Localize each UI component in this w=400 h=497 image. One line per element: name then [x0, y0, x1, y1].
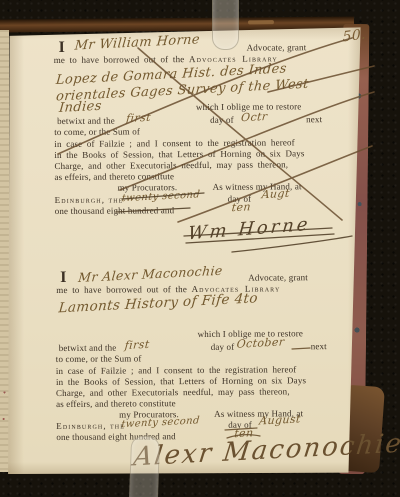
book-title-line: Indies	[58, 100, 102, 115]
book-title-line: Lamonts History of Fife 4to	[58, 292, 259, 316]
return-day: first	[126, 112, 152, 124]
form-effeirs: as effeirs, and thereto constitute	[54, 172, 174, 183]
page-holder-strip-bottom	[129, 436, 160, 497]
signed-year: ten	[231, 201, 251, 213]
return-day: first	[124, 339, 150, 351]
form-to-come: to come, or the Sum of	[56, 354, 142, 364]
form-borrowed-prefix: me to have borrowed out of the	[56, 284, 191, 295]
form-edinburgh: Edinburgh, the	[55, 196, 124, 206]
folio-number: 50.	[342, 27, 366, 44]
form-edinburgh: Edinburgh, the	[56, 422, 125, 432]
form-day-of: day of	[211, 343, 235, 353]
borrower-signature: Wm Horne	[187, 216, 311, 244]
page-content: 50. I Mr William Horne Advocate, grant m…	[0, 0, 400, 497]
form-next: next	[306, 115, 322, 125]
form-betwixt: betwixt and the	[57, 117, 115, 127]
form-charge: Charge, and other Executorials needful, …	[56, 387, 290, 399]
form-to-come: to come, or the Sum of	[54, 127, 140, 137]
signed-month: August	[259, 413, 302, 426]
form-charge: Charge, and other Executorials needful, …	[54, 160, 288, 172]
form-thousand: one thousand eight hundred and	[55, 206, 175, 217]
form-day-of: day of	[210, 116, 234, 126]
form-next: next	[311, 342, 327, 352]
photographed-register-page: 50. I Mr William Horne Advocate, grant m…	[0, 0, 400, 497]
form-betwixt: betwixt and the	[59, 344, 117, 354]
form-initial: I	[59, 39, 66, 57]
form-initial: I	[60, 269, 67, 287]
return-month: Octr	[241, 111, 268, 123]
signed-day: twenty second	[121, 190, 200, 204]
loan-entry-1: I Mr William Horne Advocate, grant me to…	[0, 0, 398, 1]
form-effeirs: as effeirs, and thereto constitute	[56, 399, 176, 410]
signed-month: Augt	[261, 188, 290, 200]
return-month: October	[236, 336, 285, 349]
borrower-name: Mr William Horne	[74, 33, 200, 52]
page-holder-strip-top	[212, 0, 239, 50]
signed-day: twenty second	[121, 416, 200, 430]
form-advocate-grant: Advocate, grant	[248, 273, 308, 283]
borrower-name: Mr Alexr Maconochie	[78, 265, 224, 285]
form-advocate-grant: Advocate, grant	[247, 43, 307, 53]
loan-entry-2: I Mr Alexr Maconochie Advocate, grant me…	[0, 0, 398, 1]
form-borrowed-prefix: me to have borrowed out of the	[54, 54, 189, 65]
